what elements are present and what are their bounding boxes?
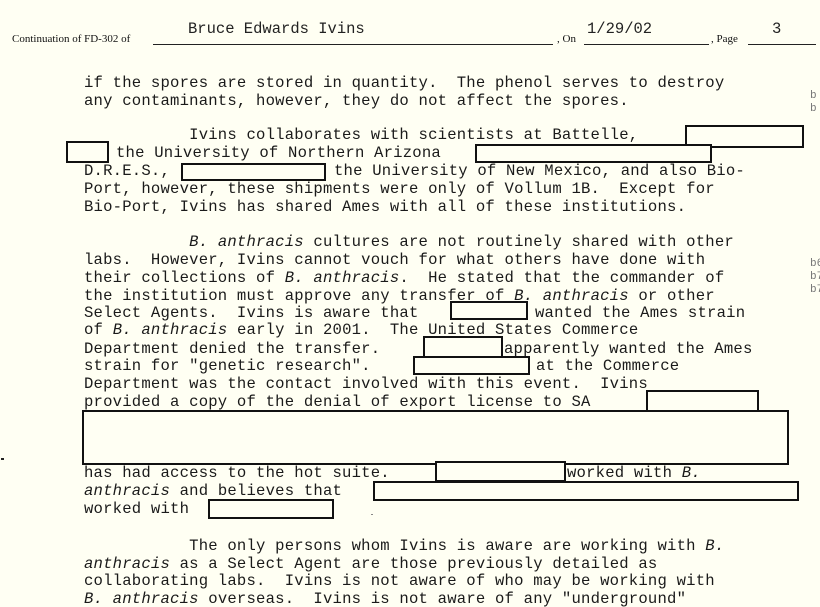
body-line: labs. However, Ivins cannot vouch for wh… [84,251,705,269]
redaction-box [66,141,109,163]
text-run [84,233,189,251]
body-line: worked with B. [567,464,701,482]
body-line: provided a copy of the denial of export … [84,393,591,411]
text-run: of [84,321,113,339]
body-line: any contaminants, however, they do not a… [84,92,629,110]
exemption-code-note: b b [810,90,817,116]
redaction-box [413,356,530,375]
species-name: B. anthracis [189,233,304,251]
text-run: overseas. Ivins is not aware of any "und… [199,590,686,607]
redaction-box [450,301,528,320]
redaction-box [475,144,712,163]
page-number: 3 [772,20,781,38]
body-line: D.R.E.S., [84,162,170,180]
body-line: has had access to the hot suite. [84,464,390,482]
body-line: Department denied the transfer. [84,340,380,358]
species-name: B. anthracis [514,287,629,305]
text-run: and believes that [170,482,342,500]
page-rule [748,44,816,45]
text-run: their collections of [84,269,285,287]
page-label: , Page [711,33,738,45]
species-name: B. anthracis [84,590,199,607]
date-rule [584,44,709,45]
redaction-box [435,461,566,482]
species-name: B. [705,537,724,555]
body-line: B. anthracis overseas. Ivins is not awar… [84,590,686,607]
redaction-box [423,336,503,358]
continuation-label: Continuation of FD-302 of [12,33,130,45]
redaction-box [208,499,334,519]
body-line: anthracis as a Select Agent are those pr… [84,555,657,573]
subject-rule [153,44,553,45]
subject-name: Bruce Edwards Ivins [188,20,365,38]
scan-speck [1,458,4,460]
exemption-code-note: b6 b7 b7 [810,258,820,297]
body-line: Port, however, these shipments were only… [84,180,715,198]
on-label: , On [557,33,576,45]
redaction-box [373,481,799,501]
body-line: their collections of B. anthracis. He st… [84,269,724,287]
body-line: the institution must approve any transfe… [84,287,715,305]
body-line: The only persons whom Ivins is aware are… [84,537,724,555]
body-line: the University of New Mexico, and also B… [334,162,745,180]
body-line: Select Agents. Ivins is aware that [84,304,419,322]
text-run: The only persons whom Ivins is aware are… [84,537,705,555]
text-run: cultures are not routinely shared with o… [304,233,734,251]
redaction-box [82,410,789,465]
text-run: worked with [567,464,682,482]
body-line: Bio-Port, Ivins has shared Ames with all… [84,198,686,216]
redaction-box [646,390,759,412]
text-run: as a Select Agent are those previously d… [170,555,657,573]
text-run: . He stated that the commander of [399,269,724,287]
body-line: Department was the contact involved with… [84,375,648,393]
body-line: worked with [84,500,189,518]
body-line: apparently wanted the Ames [504,340,753,358]
species-name: B. anthracis [285,269,400,287]
body-line: Ivins collaborates with scientists at Ba… [84,126,638,144]
body-line: anthracis and believes that [84,482,342,500]
body-line: B. anthracis cultures are not routinely … [84,233,734,251]
body-line: collaborating labs. Ivins is not aware o… [84,572,715,590]
scan-speck [371,514,373,515]
body-line: at the Commerce [536,357,679,375]
species-name: B. anthracis [113,321,228,339]
species-name: anthracis [84,482,170,500]
species-name: B. [682,464,701,482]
body-line: strain for "genetic research". [84,357,371,375]
redaction-box [181,163,326,181]
body-line: of B. anthracis early in 2001. The Unite… [84,321,638,339]
species-name: anthracis [84,555,170,573]
body-line: the University of Northern Arizona [116,144,441,162]
report-date: 1/29/02 [587,20,652,38]
text-run: or other [629,287,715,305]
body-line: if the spores are stored in quantity. Th… [84,74,724,92]
body-line: wanted the Ames strain [535,304,745,322]
